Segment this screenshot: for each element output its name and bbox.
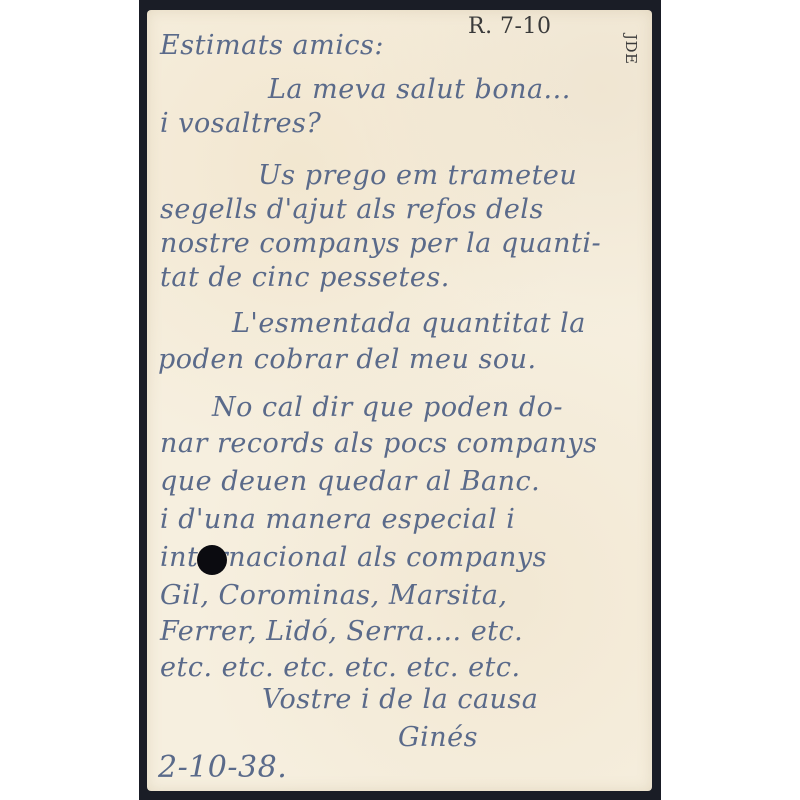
salutation-line: Estimats amics: [160,30,384,61]
letter-line: que deuen quedar al Banc. [160,466,540,497]
punch-hole [197,545,227,575]
letter-date: 2-10-38. [158,750,287,785]
letter-line: Ferrer, Lidó, Serra.... etc. [160,616,523,647]
signature: Ginés [398,722,478,753]
closing-line: Vostre i de la causa [262,684,538,715]
letter-line: poden cobrar del meu sou. [158,344,537,375]
letter-line: nar records als pocs companys [160,428,598,459]
letter-line: Gil, Corominas, Marsita, [160,580,508,611]
letter-line: i vosaltres? [160,108,321,139]
letter-line: tat de cinc pessetes. [160,262,450,293]
letter-line: etc. etc. etc. etc. etc. etc. [160,652,521,683]
initials-annotation: JDE [622,34,640,65]
letter-line: Us prego em trameteu [258,160,577,191]
letter-line: i d'una manera especial i [160,504,515,535]
received-annotation: R. 7-10 [468,14,551,39]
letter-line: segells d'ajut als refos dels [160,194,544,225]
letter-line: La meva salut bona... [268,74,571,105]
letter-line: No cal dir que poden do- [212,392,563,423]
letter-line: L'esmentada quantitat la [232,308,586,339]
letter-line: nostre companys per la quanti- [160,228,601,259]
